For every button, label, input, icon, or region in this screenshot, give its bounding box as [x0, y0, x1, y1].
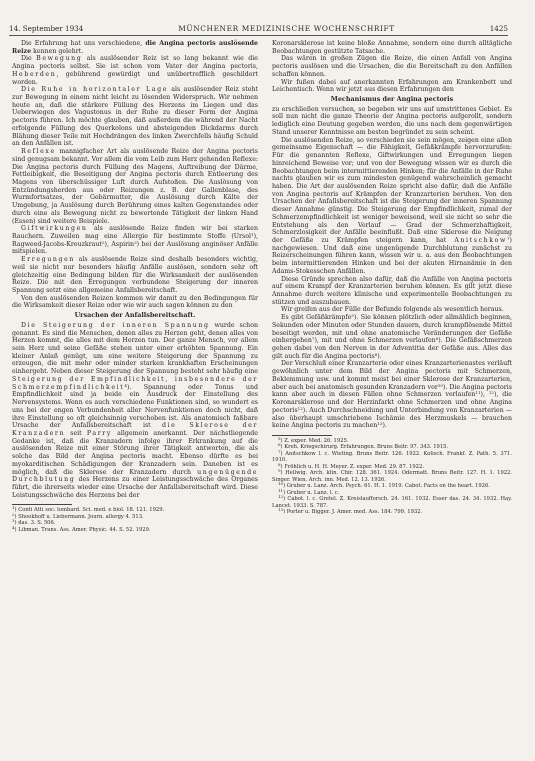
page-number: 1425 — [490, 24, 508, 33]
paragraph: Die auslösenden Reize, so verschieden si… — [272, 137, 512, 276]
paragraph: Koronarsklerose ist keine bloße Annahme,… — [272, 40, 512, 55]
paragraph: Wir greifen aus der Fülle der Befunde fo… — [272, 306, 512, 314]
footnote: 13) Porter u. Bigger. J. Amer. med. Ass.… — [272, 509, 512, 516]
paragraph: Wir fußen dabei auf anerkannten Erfahrun… — [272, 79, 512, 94]
paragraph: Der Verschluß einer Kranzarterie oder ei… — [272, 360, 512, 429]
running-header: 14. September 1934 MÜNCHENER MEDIZINISCH… — [9, 23, 508, 36]
footnote: 7) Anitschkow l. c. Wieting. Bruns Beitr… — [272, 451, 512, 464]
footnote-rule — [272, 435, 332, 436]
paragraph: Die Bewegung als auslösender Reiz ist so… — [12, 55, 258, 86]
footnotes: 5) Z. exper. Med. 26. 1925. 6) Kreh. Kri… — [272, 438, 512, 516]
left-column: Die Erfahrung hat uns verschiedene, die … — [12, 40, 258, 533]
paragraph: Giftwirkungen als auslösende Reize finde… — [12, 225, 258, 256]
footnotes: 1) Conti Atti soc. lombard. Sci. med. e … — [12, 507, 258, 533]
journal-title: MÜNCHENER MEDIZINISCHE WOCHENSCHRIFT — [178, 24, 395, 33]
paragraph: Es gibt Gefäßkrämpfe5). Sie können plötz… — [272, 314, 512, 360]
journal-page: 14. September 1934 MÜNCHENER MEDIZINISCH… — [0, 0, 535, 761]
paragraph: Die Ruhe in horizontaler Lage als auslös… — [12, 86, 258, 148]
paragraph: Reflexe mannigfacher Art als auslösende … — [12, 148, 258, 225]
paragraph: Die Steigerung der inneren Spannung wurd… — [12, 322, 258, 500]
section-heading: Mechanismus der Angina pectoris — [272, 96, 512, 104]
footnote: 12) Cabot. l. c. Gretel. Z. Kreislauffor… — [272, 496, 512, 509]
paragraph: zu erschließen versuchen, so begeben wir… — [272, 106, 512, 137]
paragraph: Erregungen als auslösende Reize sind des… — [12, 256, 258, 295]
footnote: 9) Hellwig. Arch. klin. Chir. 128. 361. … — [272, 470, 512, 483]
paragraph: Diese Gründe sprechen also dafür, daß di… — [272, 276, 512, 307]
issue-date: 14. September 1934 — [9, 24, 83, 33]
footnote: 4) Libman. Trans. Ass. Amer. Physic. 44.… — [12, 527, 258, 534]
footnote-rule — [12, 504, 72, 505]
paragraph: Die Erfahrung hat uns verschiedene, die … — [12, 40, 258, 55]
right-column: Koronarsklerose ist keine bloße Annahme,… — [272, 40, 512, 516]
paragraph: Das wären in großen Zügen die Reize, die… — [272, 55, 512, 78]
section-heading: Ursachen der Anfallsbereitschaft. — [12, 312, 258, 320]
paragraph: Von den auslösenden Reizen kommen wir da… — [12, 295, 258, 310]
